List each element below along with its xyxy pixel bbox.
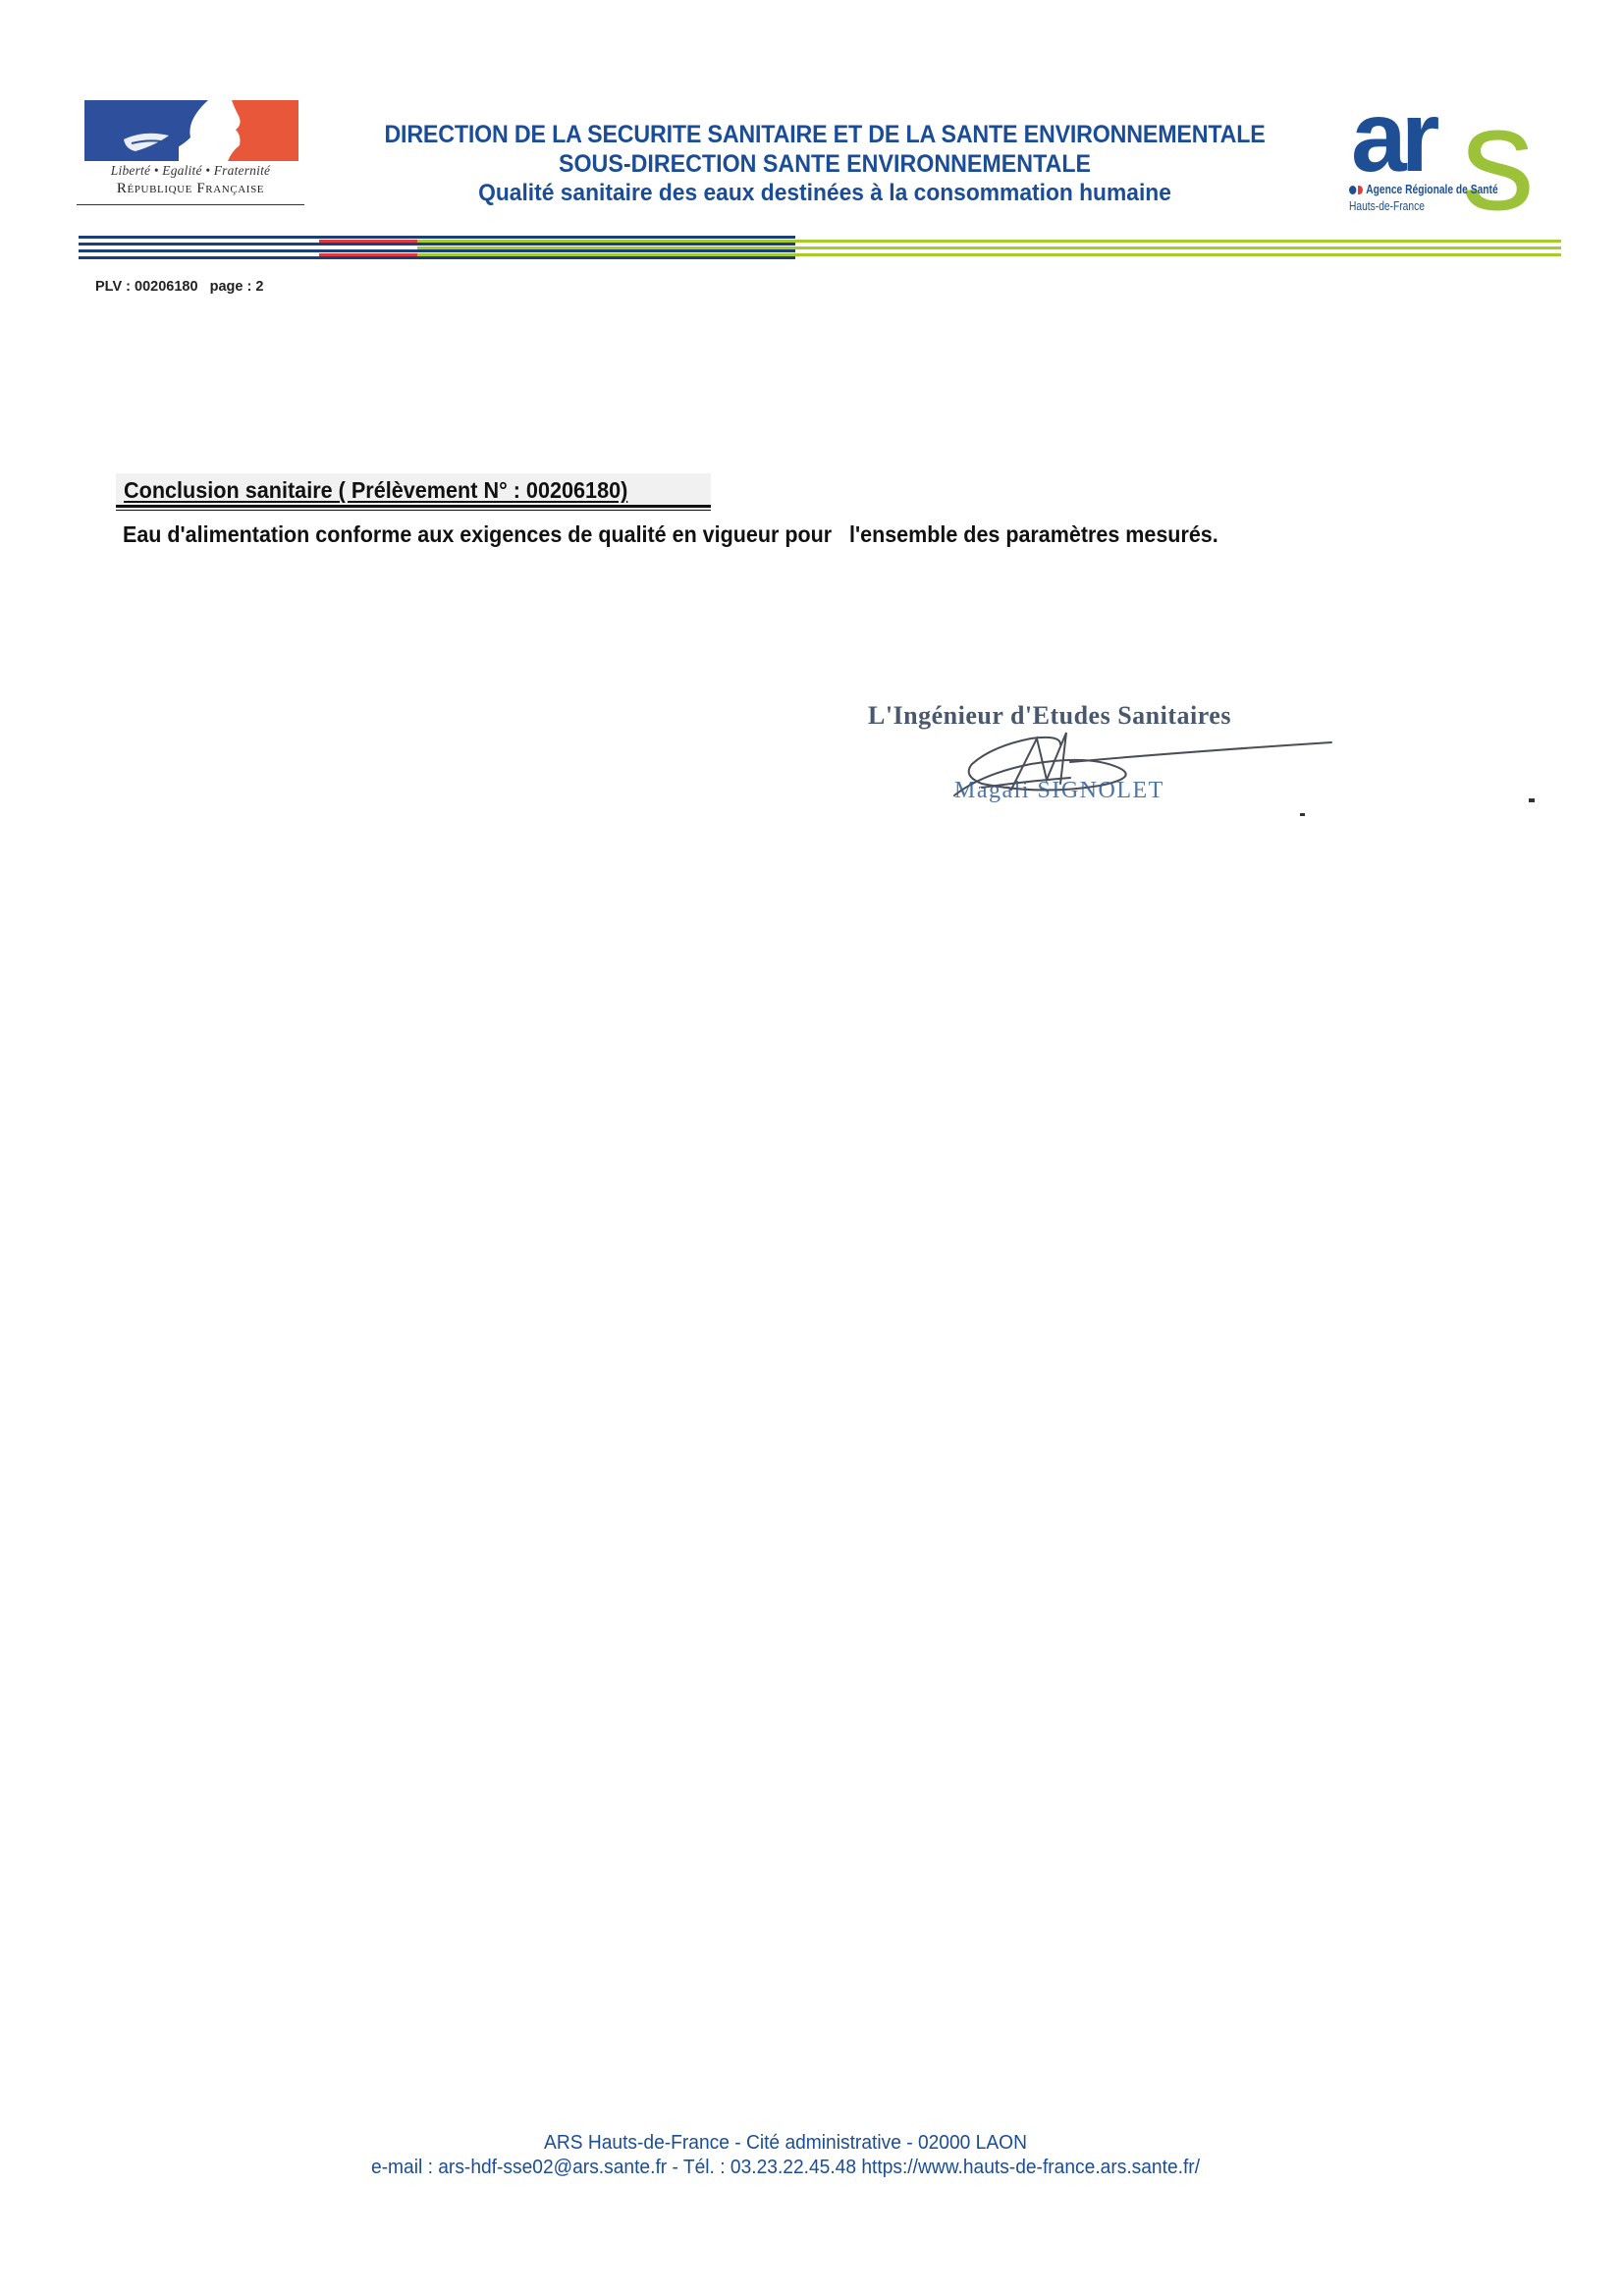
logo-underline	[77, 204, 304, 205]
marianne-flag-icon	[84, 100, 298, 161]
ars-agency-label: Agence Régionale de Santé	[1366, 183, 1497, 196]
ars-logo-ar: ar	[1351, 86, 1434, 187]
footer: ARS Hauts-de-France - Cité administrativ…	[295, 2131, 1276, 2180]
rule-stripe	[795, 240, 1561, 243]
scan-speck	[1529, 798, 1535, 802]
rule-stripe	[417, 246, 795, 249]
conclusion-rule-thin	[116, 510, 711, 511]
rule-stripe	[79, 236, 795, 239]
conclusion-rule-thick	[116, 505, 711, 508]
rule-stripe	[795, 253, 1561, 256]
republic-motto: Liberté • Egalité • Fraternité	[77, 163, 304, 179]
sub-direction-title: SOUS-DIRECTION SANTE ENVIRONNEMENTALE	[332, 149, 1318, 179]
rule-stripe	[417, 253, 795, 256]
conclusion-text: Eau d'alimentation conforme aux exigence…	[123, 521, 1218, 548]
footer-address: ARS Hauts-de-France - Cité administrativ…	[314, 2131, 1257, 2156]
rule-stripe	[417, 240, 795, 243]
ars-agency-name: Agence Régionale de Santé	[1349, 183, 1498, 196]
rule-stripe	[319, 240, 417, 243]
rule-stripe	[795, 246, 1561, 249]
blue-dot-icon	[1349, 186, 1356, 194]
reference-line: PLV : 00206180 page : 2	[95, 279, 263, 295]
ars-region-name: Hauts-de-France	[1349, 199, 1425, 213]
signatory-name: Magali SIGNOLET	[954, 778, 1164, 804]
conclusion-heading: Conclusion sanitaire ( Prélèvement N° : …	[124, 477, 627, 504]
republic-name: République Française	[77, 181, 304, 197]
signature-block: L'Ingénieur d'Etudes Sanitaires Magali S…	[864, 695, 1375, 823]
rule-stripe	[79, 243, 795, 246]
page-number: page : 2	[210, 279, 264, 295]
footer-contact: e-mail : ars-hdf-sse02@ars.sante.fr - Té…	[314, 2156, 1257, 2180]
header-titles: DIRECTION DE LA SECURITE SANITAIRE ET DE…	[295, 120, 1355, 208]
ars-logo: ar s Agence Régionale de Santé Hauts-de-…	[1343, 110, 1571, 233]
rule-stripe	[319, 253, 417, 256]
direction-title: DIRECTION DE LA SECURITE SANITAIRE ET DE…	[332, 120, 1318, 149]
rule-stripe	[79, 249, 795, 252]
header-rule-stripes	[79, 236, 1561, 261]
plv-number: PLV : 00206180	[95, 279, 198, 295]
scan-speck	[1300, 813, 1305, 816]
document-subject: Qualité sanitaire des eaux destinées à l…	[321, 179, 1328, 208]
republique-francaise-logo: Liberté • Egalité • Fraternité Républiqu…	[77, 98, 304, 208]
red-half-moon-icon	[1358, 186, 1363, 194]
ars-logo-s: s	[1461, 84, 1535, 232]
rule-stripe	[79, 256, 795, 259]
